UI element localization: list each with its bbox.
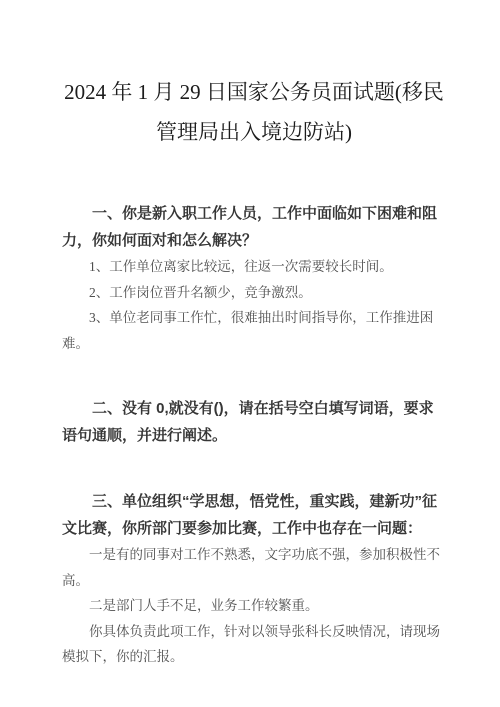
question-3-item-1: 一是有的同事对工作不熟悉，文字功底不强，参加积极性不高。 (62, 542, 446, 593)
question-1-item-1: 1、工作单位离家比较远，往返一次需要较长时间。 (62, 254, 446, 280)
question-1-heading: 一、你是新入职工作人员，工作中面临如下困难和阻力，你如何面对和怎么解决？ (62, 200, 446, 254)
question-block-2: 二、没有 0,就没有()，请在括号空白填写词语，要求语句通顺，并进行阐述。 (62, 395, 446, 449)
question-3-item-3: 你具体负责此项工作，针对以领导张科长反映情况，请现场模拟下，你的汇报。 (62, 619, 446, 670)
question-block-3: 三、单位组织“学思想，悟党性，重实践，建新功”征文比赛，你所部门要参加比赛，工作… (62, 488, 446, 670)
question-1-item-3: 3、单位老同事工作忙，很难抽出时间指导你，工作推进困难。 (62, 305, 446, 356)
question-2-heading: 二、没有 0,就没有()，请在括号空白填写词语，要求语句通顺，并进行阐述。 (62, 395, 446, 449)
question-block-1: 一、你是新入职工作人员，工作中面临如下困难和阻力，你如何面对和怎么解决？ 1、工… (62, 200, 446, 356)
page-title: 2024 年 1 月 29 日国家公务员面试题(移民管理局出入境边防站) (62, 72, 446, 152)
question-3-heading: 三、单位组织“学思想，悟党性，重实践，建新功”征文比赛，你所部门要参加比赛，工作… (62, 488, 446, 542)
question-3-item-2: 二是部门人手不足，业务工作较繁重。 (62, 593, 446, 619)
document-content: 2024 年 1 月 29 日国家公务员面试题(移民管理局出入境边防站) 一、你… (0, 0, 500, 670)
question-1-item-2: 2、工作岗位晋升名额少，竞争激烈。 (62, 280, 446, 306)
document-page: 2024 年 1 月 29 日国家公务员面试题(移民管理局出入境边防站) 一、你… (0, 0, 500, 707)
